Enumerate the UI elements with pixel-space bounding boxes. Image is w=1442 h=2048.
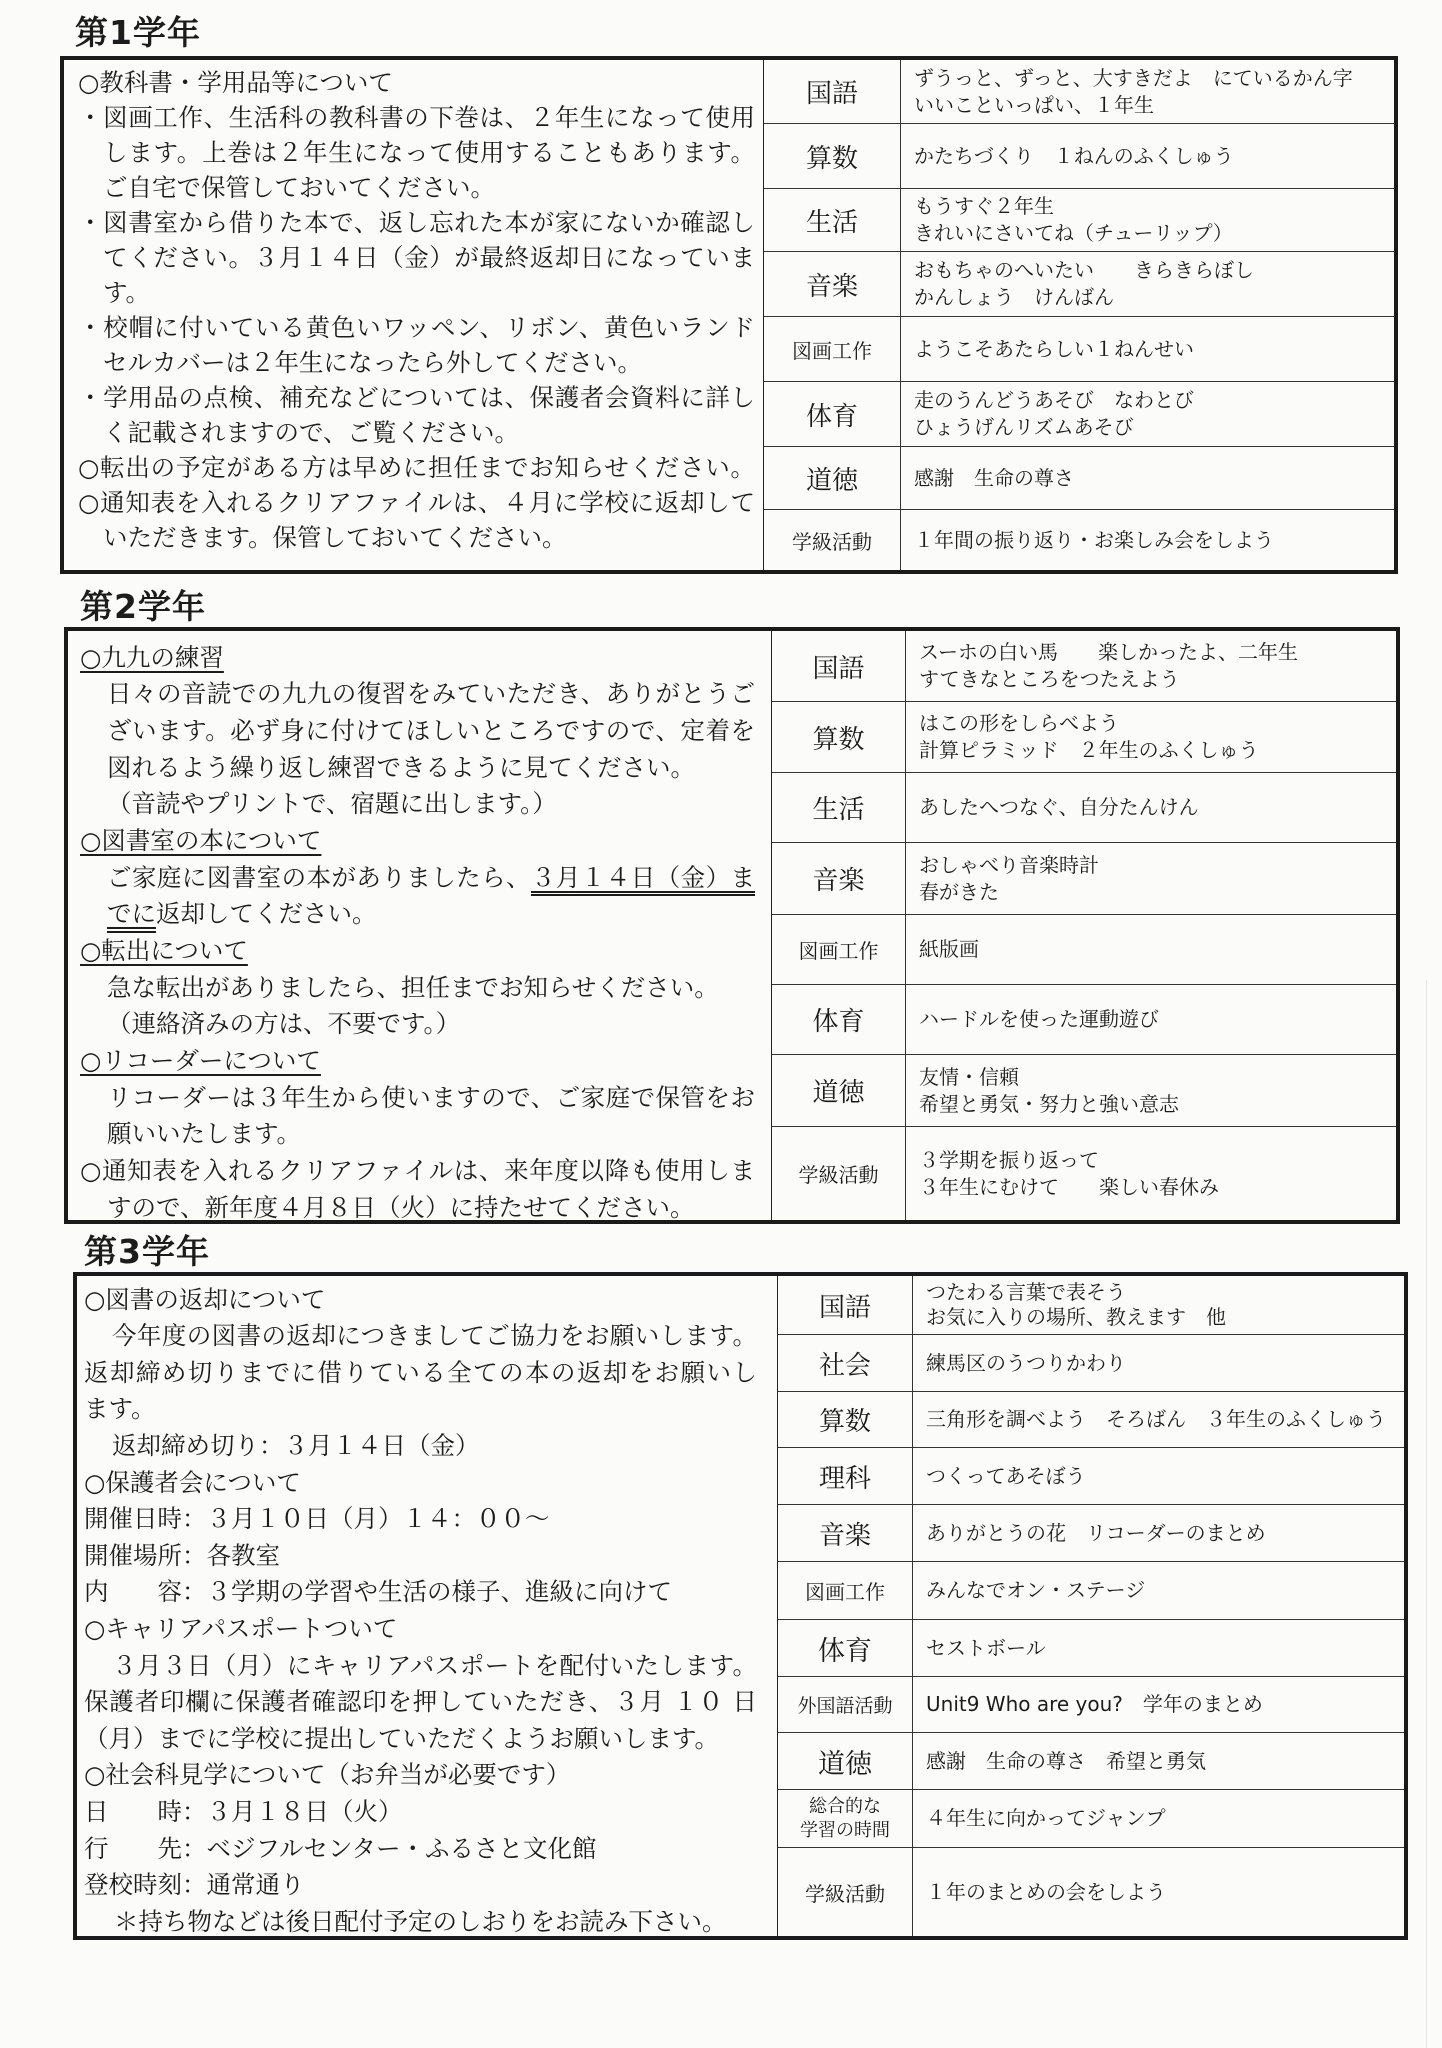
subject-name-line: 総合的な [809, 1795, 881, 1819]
content-line: スーホの白い馬 楽しかったよ、二年生 [919, 639, 1396, 666]
subject-content: はこの形をしらべよう 計算ピラミッド ２年生のふくしゅう [906, 702, 1396, 772]
note-text: 返却してください。 [156, 899, 377, 928]
content-line: もうすぐ２年生 [914, 193, 1394, 220]
content-line: ずうっと、ずっと、大すきだよ にているかん字 [914, 65, 1394, 92]
content-line: 紙版画 [919, 936, 1396, 963]
subject-content: もうすぐ２年生 きれいにさいてね（チューリップ） [901, 189, 1394, 251]
subject-content: あしたへつなぐ、自分たんけん [906, 773, 1396, 842]
deadline-emphasis: でに [107, 899, 156, 928]
note-line: （連絡済みの方は、不要です。） [80, 1006, 755, 1043]
note-text: ご家庭に図書室の本がありましたら、 [107, 863, 531, 892]
note-line: 今年度の図書の返却につきましてご協力をお願いします。 [84, 1318, 757, 1355]
deadline-emphasis: ３月１４日（金）ま [531, 863, 755, 892]
content-line: つたわる言葉で表そう [926, 1280, 1404, 1305]
subject-name: 生活 [772, 773, 906, 842]
subject-name: 音楽 [772, 843, 906, 914]
note-heading: ○教科書・学用品等について [78, 65, 755, 100]
note-heading-text: ○転出について [80, 936, 248, 965]
note-line: ます。 [84, 1391, 757, 1428]
content-line: おしゃべり音楽時計 [919, 852, 1396, 879]
content-line: ようこそあたらしい１ねんせい [914, 336, 1394, 363]
subject-name: 図画工作 [764, 317, 901, 381]
note-bullet: ・校帽に付いている黄色いワッペン、リボン、黄色いランド [78, 310, 755, 345]
content-line: おもちゃのへいたい きらきらぼし [914, 257, 1394, 284]
subject-name: 国語 [764, 60, 901, 123]
subject-content: 練馬区のうつりかわり [913, 1335, 1404, 1391]
table-row: 音楽 ありがとうの花 リコーダーのまとめ [778, 1505, 1404, 1562]
note-line: ご家庭に図書室の本がありましたら、３月１４日（金）ま [80, 860, 755, 897]
table-row: 体育 ハードルを使った運動遊び [772, 985, 1396, 1055]
subject-content: つくってあそぼう [913, 1448, 1404, 1504]
content-line: １年のまとめの会をしよう [926, 1880, 1404, 1905]
note-line: （月）までに学校に提出していただくようお願いします。 [84, 1721, 757, 1758]
section-title-grade-3: 第3学年 [84, 1232, 210, 1272]
table-row: 道徳 感謝 生命の尊さ [764, 447, 1394, 510]
notes-grade-2: ○九九の練習 日々の音読での九九の復習をみていただき、ありがとうご ざいます。必… [80, 640, 755, 1227]
table-row: 総合的な 学習の時間 ４年生に向かってジャンプ [778, 1790, 1404, 1848]
subject-name: 体育 [772, 985, 906, 1054]
note-heading: ○転出について [80, 933, 755, 970]
subject-content: おもちゃのへいたい きらきらぼし かんしょう けんばん [901, 252, 1394, 316]
table-row: 国語 ずうっと、ずっと、大すきだよ にているかん字 いいこといっぱい、１年生 [764, 60, 1394, 124]
content-line: お気に入りの場所、教えます 他 [926, 1305, 1404, 1330]
note-line: セルカバーは２年生になったら外してください。 [78, 345, 755, 380]
page-edge [1426, 980, 1427, 2048]
content-line: 希望と勇気・努力と強い意志 [919, 1091, 1396, 1118]
subject-name: 国語 [772, 631, 906, 701]
table-row: 学級活動 １年のまとめの会をしよう [778, 1848, 1404, 1936]
table-row: 国語 つたわる言葉で表そう お気に入りの場所、教えます 他 [778, 1276, 1404, 1335]
subject-name: 道徳 [764, 447, 901, 509]
note-bullet: ・図画工作、生活科の教科書の下巻は、２年生になって使用 [78, 100, 755, 135]
subject-content: みんなでオン・ステージ [913, 1562, 1404, 1619]
subject-name: 図画工作 [772, 915, 906, 984]
content-line: すてきなところをつたえよう [919, 666, 1396, 693]
subject-name: 体育 [764, 382, 901, 446]
subject-content: ようこそあたらしい１ねんせい [901, 317, 1394, 381]
content-line: ありがとうの花 リコーダーのまとめ [926, 1521, 1404, 1546]
content-line: あしたへつなぐ、自分たんけん [919, 794, 1396, 821]
subject-name: 社会 [778, 1335, 913, 1391]
subject-content: 走のうんどうあそび なわとび ひょうげんリズムあそび [901, 382, 1394, 446]
content-line: 三角形を調べよう そろばん ３年生のふくしゅう [926, 1407, 1404, 1432]
note-line: ご自宅で保管しておいてください。 [78, 170, 755, 205]
subject-name: 図画工作 [778, 1562, 913, 1619]
table-row: 生活 あしたへつなぐ、自分たんけん [772, 773, 1396, 843]
table-row: 図画工作 ようこそあたらしい１ねんせい [764, 317, 1394, 382]
subject-name: 国語 [778, 1276, 913, 1334]
subject-content: １年間の振り返り・お楽しみ会をしよう [901, 510, 1394, 570]
subject-content: セストボール [913, 1620, 1404, 1676]
subject-content: 三角形を調べよう そろばん ３年生のふくしゅう [913, 1392, 1404, 1447]
content-line: 計算ピラミッド ２年生のふくしゅう [919, 737, 1396, 764]
subject-name: 生活 [764, 189, 901, 251]
content-line: かんしょう けんばん [914, 284, 1394, 311]
subject-name: 道徳 [772, 1055, 906, 1126]
content-line: 走のうんどうあそび なわとび [914, 387, 1394, 414]
subject-content: ありがとうの花 リコーダーのまとめ [913, 1505, 1404, 1561]
note-heading: ○九九の練習 [80, 640, 755, 677]
note-line: 返却締め切りまでに借りている全ての本の返却をお願いし [84, 1355, 757, 1392]
note-line: てください。３月１４日（金）が最終返却日になっていま [78, 240, 755, 275]
notes-grade-1: ○教科書・学用品等について ・図画工作、生活科の教科書の下巻は、２年生になって使… [78, 65, 755, 555]
note-heading-text: ○図書室の本について [80, 826, 321, 855]
subject-name: 学級活動 [772, 1127, 906, 1220]
note-line: く記載されますので、ご覧ください。 [78, 415, 755, 450]
note-line: 図れるよう繰り返し練習できるように見てください。 [80, 750, 755, 787]
note-heading: ○保護者会について [84, 1465, 757, 1502]
subject-content: １年のまとめの会をしよう [913, 1848, 1404, 1936]
note-heading: ○キャリアパスポートついて [84, 1611, 757, 1648]
content-line: ３学期を振り返って [919, 1147, 1396, 1174]
content-line: Unit9 Who are you? 学年のまとめ [926, 1692, 1404, 1717]
note-line: 急な転出がありましたら、担任までお知らせください。 [80, 970, 755, 1007]
content-line: 友情・信頼 [919, 1064, 1396, 1091]
table-row: 算数 はこの形をしらべよう 計算ピラミッド ２年生のふくしゅう [772, 702, 1396, 773]
note-line: します。上巻は２年生になって使用することもあります。 [78, 135, 755, 170]
note-line: 日 時：３月１８日（火） [84, 1794, 757, 1831]
subject-content: ３学期を振り返って ３年生にむけて 楽しい春休み [906, 1127, 1396, 1220]
content-line: いいこといっぱい、１年生 [914, 92, 1394, 119]
table-row: 体育 セストボール [778, 1620, 1404, 1677]
note-line: 行 先：ベジフルセンター・ふるさと文化館 [84, 1831, 757, 1868]
section-title-grade-2: 第2学年 [80, 587, 206, 627]
table-row: 学級活動 １年間の振り返り・お楽しみ会をしよう [764, 510, 1394, 570]
note-line: 日々の音読での九九の復習をみていただき、ありがとうご [80, 676, 755, 713]
subject-content: 感謝 生命の尊さ [901, 447, 1394, 509]
table-row: 学級活動 ３学期を振り返って ３年生にむけて 楽しい春休み [772, 1127, 1396, 1220]
note-line: 保護者印欄に保護者確認印を押していただき、３月 １０ 日 [84, 1684, 757, 1721]
note-line: でに返却してください。 [80, 896, 755, 933]
table-row: 国語 スーホの白い馬 楽しかったよ、二年生 すてきなところをつたえよう [772, 631, 1396, 702]
content-line: かたちづくり １ねんのふくしゅう [914, 143, 1394, 170]
note-heading: ○リコーダーについて [80, 1043, 755, 1080]
subject-content: つたわる言葉で表そう お気に入りの場所、教えます 他 [913, 1276, 1404, 1334]
table-row: 生活 もうすぐ２年生 きれいにさいてね（チューリップ） [764, 189, 1394, 252]
content-line: ４年生に向かってジャンプ [926, 1806, 1404, 1831]
subject-name: 学級活動 [778, 1848, 913, 1936]
note-heading: ○社会科見学について（お弁当が必要です） [84, 1757, 757, 1794]
subject-content: 友情・信頼 希望と勇気・努力と強い意志 [906, 1055, 1396, 1126]
subject-content: ハードルを使った運動遊び [906, 985, 1396, 1054]
subject-name: 外国語活動 [778, 1677, 913, 1732]
subject-content: 感謝 生命の尊さ 希望と勇気 [913, 1733, 1404, 1789]
note-heading-text: ○リコーダーについて [80, 1046, 321, 1075]
content-line: はこの形をしらべよう [919, 710, 1396, 737]
note-line: す。 [78, 275, 755, 310]
note-line: ざいます。必ず身に付けてほしいところですので、定着を [80, 713, 755, 750]
note-line: 願いいたします。 [80, 1116, 755, 1153]
subject-name: 体育 [778, 1620, 913, 1676]
table-row: 道徳 感謝 生命の尊さ 希望と勇気 [778, 1733, 1404, 1790]
subject-table-grade-2: 国語 スーホの白い馬 楽しかったよ、二年生 すてきなところをつたえよう 算数 は… [771, 631, 1396, 1220]
content-line: 感謝 生命の尊さ [914, 465, 1394, 492]
note-line: 開催日時：３月１０日（月）１４：００～ [84, 1501, 757, 1538]
note-line: ３月３日（月）にキャリアパスポートを配付いたします。 [84, 1648, 757, 1685]
table-row: 音楽 おしゃべり音楽時計 春がきた [772, 843, 1396, 915]
subject-content: 紙版画 [906, 915, 1396, 984]
content-line: １年間の振り返り・お楽しみ会をしよう [914, 527, 1394, 554]
note-line: 登校時刻：通常通り [84, 1867, 757, 1904]
subject-table-grade-1: 国語 ずうっと、ずっと、大すきだよ にているかん字 いいこといっぱい、１年生 算… [763, 60, 1394, 570]
subject-name: 音楽 [778, 1505, 913, 1561]
note-heading: ○転出の予定がある方は早めに担任までお知らせください。 [78, 450, 755, 485]
content-line: 練馬区のうつりかわり [926, 1351, 1404, 1376]
note-line: ＊持ち物などは後日配付予定のしおりをお読み下さい。 [84, 1904, 757, 1941]
table-row: 道徳 友情・信頼 希望と勇気・努力と強い意志 [772, 1055, 1396, 1127]
content-line: 感謝 生命の尊さ 希望と勇気 [926, 1749, 1404, 1774]
subject-name: 算数 [778, 1392, 913, 1447]
content-line: ３年生にむけて 楽しい春休み [919, 1174, 1396, 1201]
table-row: 理科 つくってあそぼう [778, 1448, 1404, 1505]
subject-name: 学級活動 [764, 510, 901, 570]
subject-name: 算数 [772, 702, 906, 772]
notes-grade-3: ○図書の返却について 今年度の図書の返却につきましてご協力をお願いします。 返却… [84, 1282, 757, 1941]
note-line: （音読やプリントで、宿題に出します。） [80, 786, 755, 823]
content-line: みんなでオン・ステージ [926, 1578, 1404, 1603]
note-heading: ○通知表を入れるクリアファイルは、来年度以降も使用しま [80, 1153, 755, 1190]
subject-name: 総合的な 学習の時間 [778, 1790, 913, 1847]
note-line: 返却締め切り：３月１４日（金） [84, 1428, 757, 1465]
subject-name-line: 学習の時間 [800, 1819, 890, 1843]
subject-content: ずうっと、ずっと、大すきだよ にているかん字 いいこといっぱい、１年生 [901, 60, 1394, 123]
note-heading: ○通知表を入れるクリアファイルは、４月に学校に返却して [78, 485, 755, 520]
subject-content: おしゃべり音楽時計 春がきた [906, 843, 1396, 914]
note-line: 内 容：３学期の学習や生活の様子、進級に向けて [84, 1574, 757, 1611]
note-line: いただきます。保管しておいてください。 [78, 520, 755, 555]
note-heading: ○図書室の本について [80, 823, 755, 860]
table-row: 算数 三角形を調べよう そろばん ３年生のふくしゅう [778, 1392, 1404, 1448]
subject-content: かたちづくり １ねんのふくしゅう [901, 124, 1394, 188]
subject-table-grade-3: 国語 つたわる言葉で表そう お気に入りの場所、教えます 他 社会 練馬区のうつり… [777, 1276, 1404, 1936]
content-line: セストボール [926, 1636, 1404, 1661]
table-row: 音楽 おもちゃのへいたい きらきらぼし かんしょう けんばん [764, 252, 1394, 317]
content-line: ハードルを使った運動遊び [919, 1006, 1396, 1033]
note-line: リコーダーは３年生から使いますので、ご家庭で保管をお [80, 1080, 755, 1117]
content-line: つくってあそぼう [926, 1464, 1404, 1489]
content-line: 春がきた [919, 879, 1396, 906]
subject-content: Unit9 Who are you? 学年のまとめ [913, 1677, 1404, 1732]
subject-name: 音楽 [764, 252, 901, 316]
content-line: きれいにさいてね（チューリップ） [914, 220, 1394, 247]
note-line: すので、新年度４月８日（火）に持たせてください。 [80, 1190, 755, 1227]
note-heading: ○図書の返却について [84, 1282, 757, 1319]
table-row: 外国語活動 Unit9 Who are you? 学年のまとめ [778, 1677, 1404, 1733]
table-row: 体育 走のうんどうあそび なわとび ひょうげんリズムあそび [764, 382, 1394, 447]
subject-name: 理科 [778, 1448, 913, 1504]
table-row: 社会 練馬区のうつりかわり [778, 1335, 1404, 1392]
note-heading-text: ○九九の練習 [80, 643, 224, 672]
table-row: 図画工作 みんなでオン・ステージ [778, 1562, 1404, 1620]
table-row: 図画工作 紙版画 [772, 915, 1396, 985]
table-row: 算数 かたちづくり １ねんのふくしゅう [764, 124, 1394, 189]
note-bullet: ・学用品の点検、補充などについては、保護者会資料に詳し [78, 380, 755, 415]
section-title-grade-1: 第1学年 [75, 13, 201, 53]
note-line: 開催場所：各教室 [84, 1538, 757, 1575]
subject-content: スーホの白い馬 楽しかったよ、二年生 すてきなところをつたえよう [906, 631, 1396, 701]
subject-name: 算数 [764, 124, 901, 188]
note-bullet: ・図書室から借りた本で、返し忘れた本が家にないか確認し [78, 205, 755, 240]
content-line: ひょうげんリズムあそび [914, 414, 1394, 441]
subject-name: 道徳 [778, 1733, 913, 1789]
subject-content: ４年生に向かってジャンプ [913, 1790, 1404, 1847]
